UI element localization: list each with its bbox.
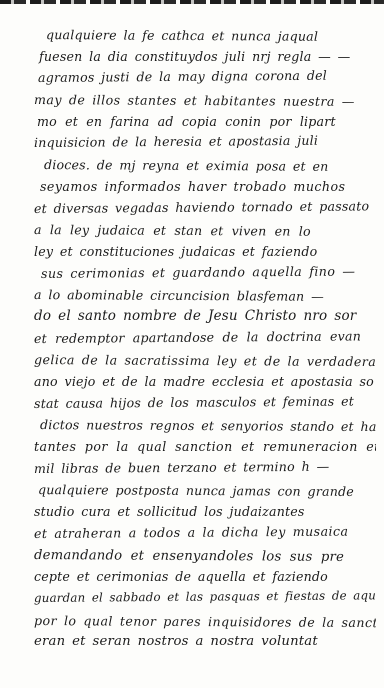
manuscript-line: a lo abominable circuncision blasfeman — (34, 284, 376, 308)
torn-top-edge (0, 0, 384, 4)
manuscript-line: por lo qual tenor pares inquisidores de … (34, 610, 376, 634)
manuscript-line: cepte et cerimonias de aquella et fazien… (34, 566, 376, 588)
manuscript-line: guardan el sabbado et las pasquas et fie… (34, 585, 376, 609)
manuscript-line: stat causa hijos de los masculos et femi… (34, 390, 376, 414)
manuscript-line: ley et constituciones judaicas et fazien… (34, 241, 376, 263)
manuscript-line: studio cura et sollicitud los judaizante… (34, 501, 376, 523)
manuscript-line: do el santo nombre de Jesu Christo nro s… (34, 306, 376, 328)
manuscript-line: et atraheran a todos a la dicha ley musa… (34, 520, 376, 544)
manuscript-text: qualquiere la fe cathca et nunca jaqualf… (34, 24, 376, 672)
manuscript-line: gelica de la sacratissima ley et de la v… (34, 349, 376, 373)
manuscript-page: qualquiere la fe cathca et nunca jaqualf… (0, 0, 384, 688)
manuscript-line: a la ley judaica et stan et viven en lo (34, 219, 376, 243)
manuscript-line: ano viejo et de la madre ecclesia et apo… (34, 371, 376, 393)
manuscript-line: et diversas vegadas haviendo tornado et … (34, 195, 376, 219)
manuscript-line: qualquiere la fe cathca et nunca jaqual (34, 24, 376, 48)
manuscript-line: mil libras de buen terzano et termino h … (34, 455, 376, 479)
manuscript-line: seyamos informados haver trobado muchos (34, 176, 376, 198)
manuscript-line: et redemptor apartandose de la doctrina … (34, 325, 376, 349)
manuscript-line: eran et seran nostros a nostra voluntat (34, 631, 376, 653)
manuscript-line: tantes por la qual sanction et remunerac… (34, 436, 376, 458)
manuscript-line: qualquiere postposta nunca jamas con gra… (34, 479, 376, 503)
manuscript-line: demandando et ensenyandoles los sus pre (34, 545, 376, 569)
manuscript-line: agramos justi de la may digna corona del (34, 65, 376, 89)
manuscript-line: inquisicion de la heresia et apostasia j… (34, 130, 376, 154)
manuscript-line: dictos nuestros regnos et senyorios stan… (34, 414, 376, 438)
manuscript-line: may de illos stantes et habitantes nuest… (34, 89, 376, 113)
manuscript-line: sus cerimonias et guardando aquella fino… (34, 260, 376, 284)
manuscript-line: dioces. de mj reyna et eximia posa et en (34, 154, 376, 178)
